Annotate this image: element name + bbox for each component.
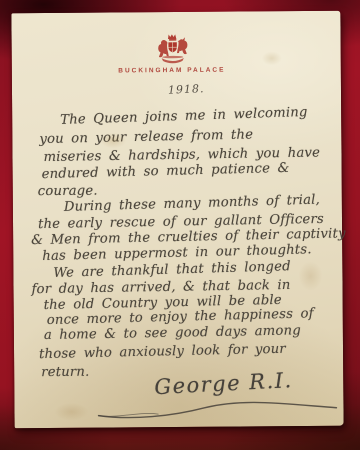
handwritten-line: courage. [38, 184, 98, 199]
letter-date: 1918. [168, 82, 205, 97]
handwritten-line: During these many months of trial, [64, 193, 321, 215]
signature-flourish [92, 397, 342, 423]
handwritten-line: return. [41, 365, 89, 380]
letter-paper: BUCKINGHAM PALACE 1918. The Queen joins … [11, 11, 343, 429]
stain-spot [262, 51, 282, 65]
signature: George R.I. [154, 368, 293, 399]
handwritten-line: you on your release from the [39, 127, 253, 147]
handwritten-line: those who anxiously look for your [39, 342, 286, 362]
stain-spot [54, 403, 88, 421]
royal-coat-of-arms-icon [152, 30, 194, 65]
handwritten-line: The Queen joins me in welcoming [60, 105, 308, 128]
letterhead-title: BUCKINGHAM PALACE [112, 67, 232, 75]
stain-spot [298, 261, 322, 291]
photograph-background: BUCKINGHAM PALACE 1918. The Queen joins … [0, 0, 360, 450]
